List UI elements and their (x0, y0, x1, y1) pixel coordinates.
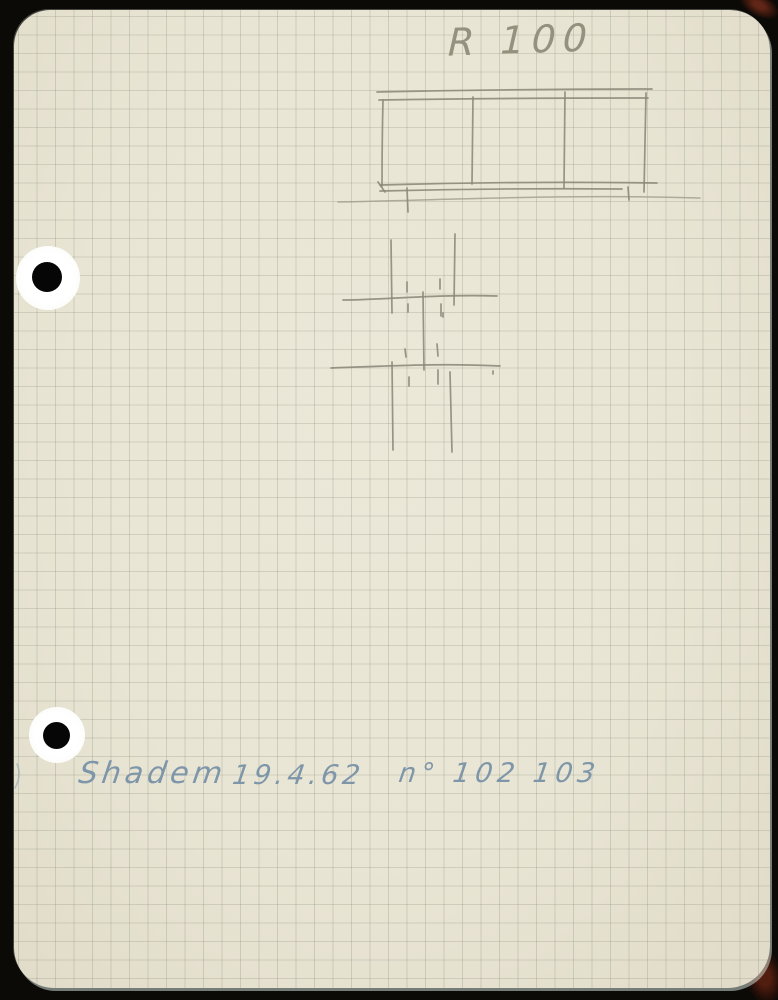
caption-line: Shadem 19.4.62 n° 102 103 (0, 754, 760, 806)
caption-number: n° 102 103 (397, 758, 602, 789)
caption-date: 19.4.62 (230, 760, 365, 791)
cabinet-elevation-sketch (338, 89, 700, 212)
heading-annotation: R 100 (447, 15, 594, 64)
frame-joint-sketch (331, 234, 500, 452)
scanned-notebook-sheet: R 100 Shadem 19.4.62 n° 102 103 (0, 0, 778, 1000)
pencil-sketches (0, 0, 778, 1000)
caption-word: Shadem (76, 756, 228, 791)
